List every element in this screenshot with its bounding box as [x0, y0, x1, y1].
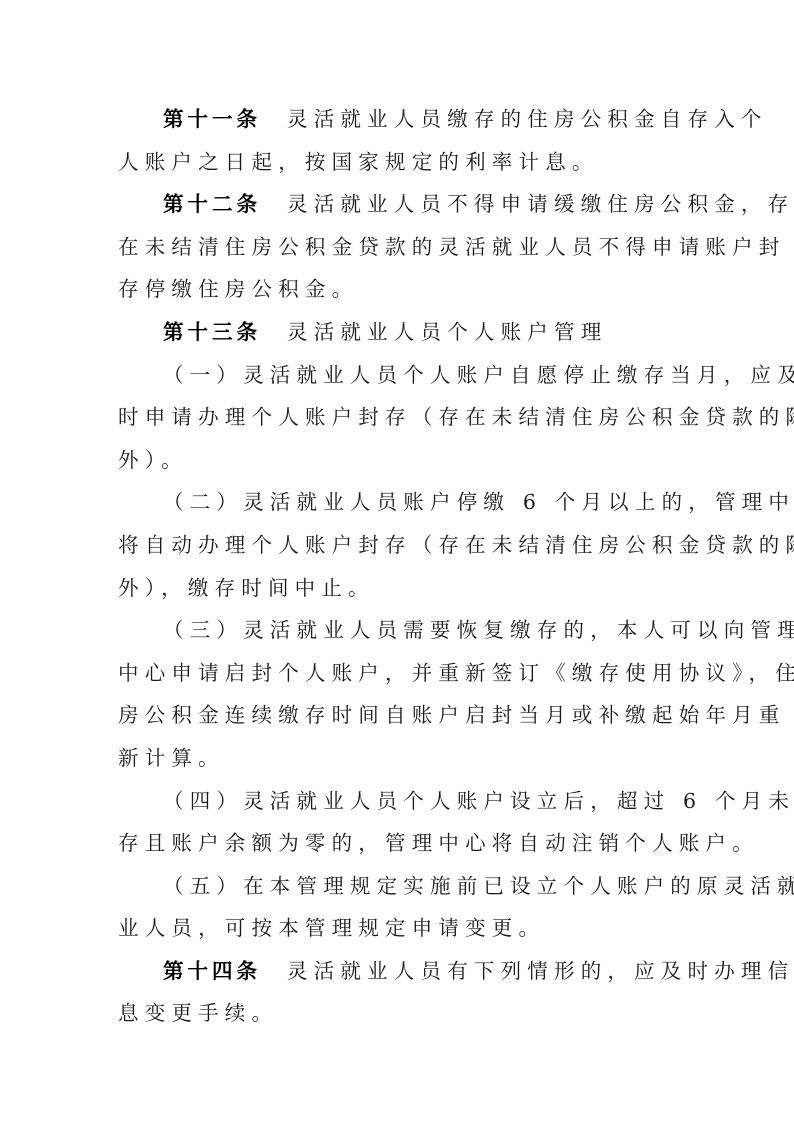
article-11-line-1: 第十一条灵活就业人员缴存的住房公积金自存入个	[118, 98, 678, 141]
article-12-text: 灵活就业人员不得申请缓缴住房公积金，存	[287, 192, 794, 216]
item-5-line-2: 业人员，可按本管理规定申请变更。	[118, 907, 678, 950]
article-11-heading: 第十一条	[163, 107, 261, 131]
item-3-line-1: （三）灵活就业人员需要恢复缴存的，本人可以向管理	[118, 609, 678, 652]
document-page: 第十一条灵活就业人员缴存的住房公积金自存入个 人账户之日起，按国家规定的利率计息…	[118, 98, 678, 1035]
article-13-text: 灵活就业人员个人账户管理	[287, 320, 607, 344]
item-3-line-2: 中心申请启封个人账户，并重新签订《缴存使用协议》，住	[118, 652, 678, 695]
article-14-heading: 第十四条	[163, 959, 261, 983]
item-3-line-4: 新计算。	[118, 737, 678, 780]
article-14-text: 灵活就业人员有下列情形的，应及时办理信	[287, 959, 794, 983]
item-4-line-1: （四）灵活就业人员个人账户设立后，超过 6 个月未缴	[118, 780, 678, 823]
article-12-line-2: 在未结清住房公积金贷款的灵活就业人员不得申请账户封	[118, 226, 678, 269]
article-13-heading: 第十三条	[163, 320, 261, 344]
article-13-line-1: 第十三条灵活就业人员个人账户管理	[118, 311, 678, 354]
article-12-line-3: 存停缴住房公积金。	[118, 268, 678, 311]
item-4-line-2: 存且账户余额为零的，管理中心将自动注销个人账户。	[118, 822, 678, 865]
item-2-line-1: （二）灵活就业人员账户停缴 6 个月以上的，管理中心	[118, 481, 678, 524]
item-5-line-1: （五）在本管理规定实施前已设立个人账户的原灵活就	[118, 865, 678, 908]
item-2-line-3: 外），缴存时间中止。	[118, 567, 678, 610]
item-2-line-2: 将自动办理个人账户封存（存在未结清住房公积金贷款的除	[118, 524, 678, 567]
article-11-text: 灵活就业人员缴存的住房公积金自存入个	[287, 107, 768, 131]
article-12-heading: 第十二条	[163, 192, 261, 216]
article-14-line-1: 第十四条灵活就业人员有下列情形的，应及时办理信	[118, 950, 678, 993]
item-3-line-3: 房公积金连续缴存时间自账户启封当月或补缴起始年月重	[118, 694, 678, 737]
item-1-line-1: （一）灵活就业人员个人账户自愿停止缴存当月，应及	[118, 354, 678, 397]
article-12-line-1: 第十二条灵活就业人员不得申请缓缴住房公积金，存	[118, 183, 678, 226]
item-1-line-2: 时申请办理个人账户封存（存在未结清住房公积金贷款的除	[118, 396, 678, 439]
article-11-line-2: 人账户之日起，按国家规定的利率计息。	[118, 141, 678, 184]
article-14-line-2: 息变更手续。	[118, 992, 678, 1035]
item-1-line-3: 外）。	[118, 439, 678, 482]
